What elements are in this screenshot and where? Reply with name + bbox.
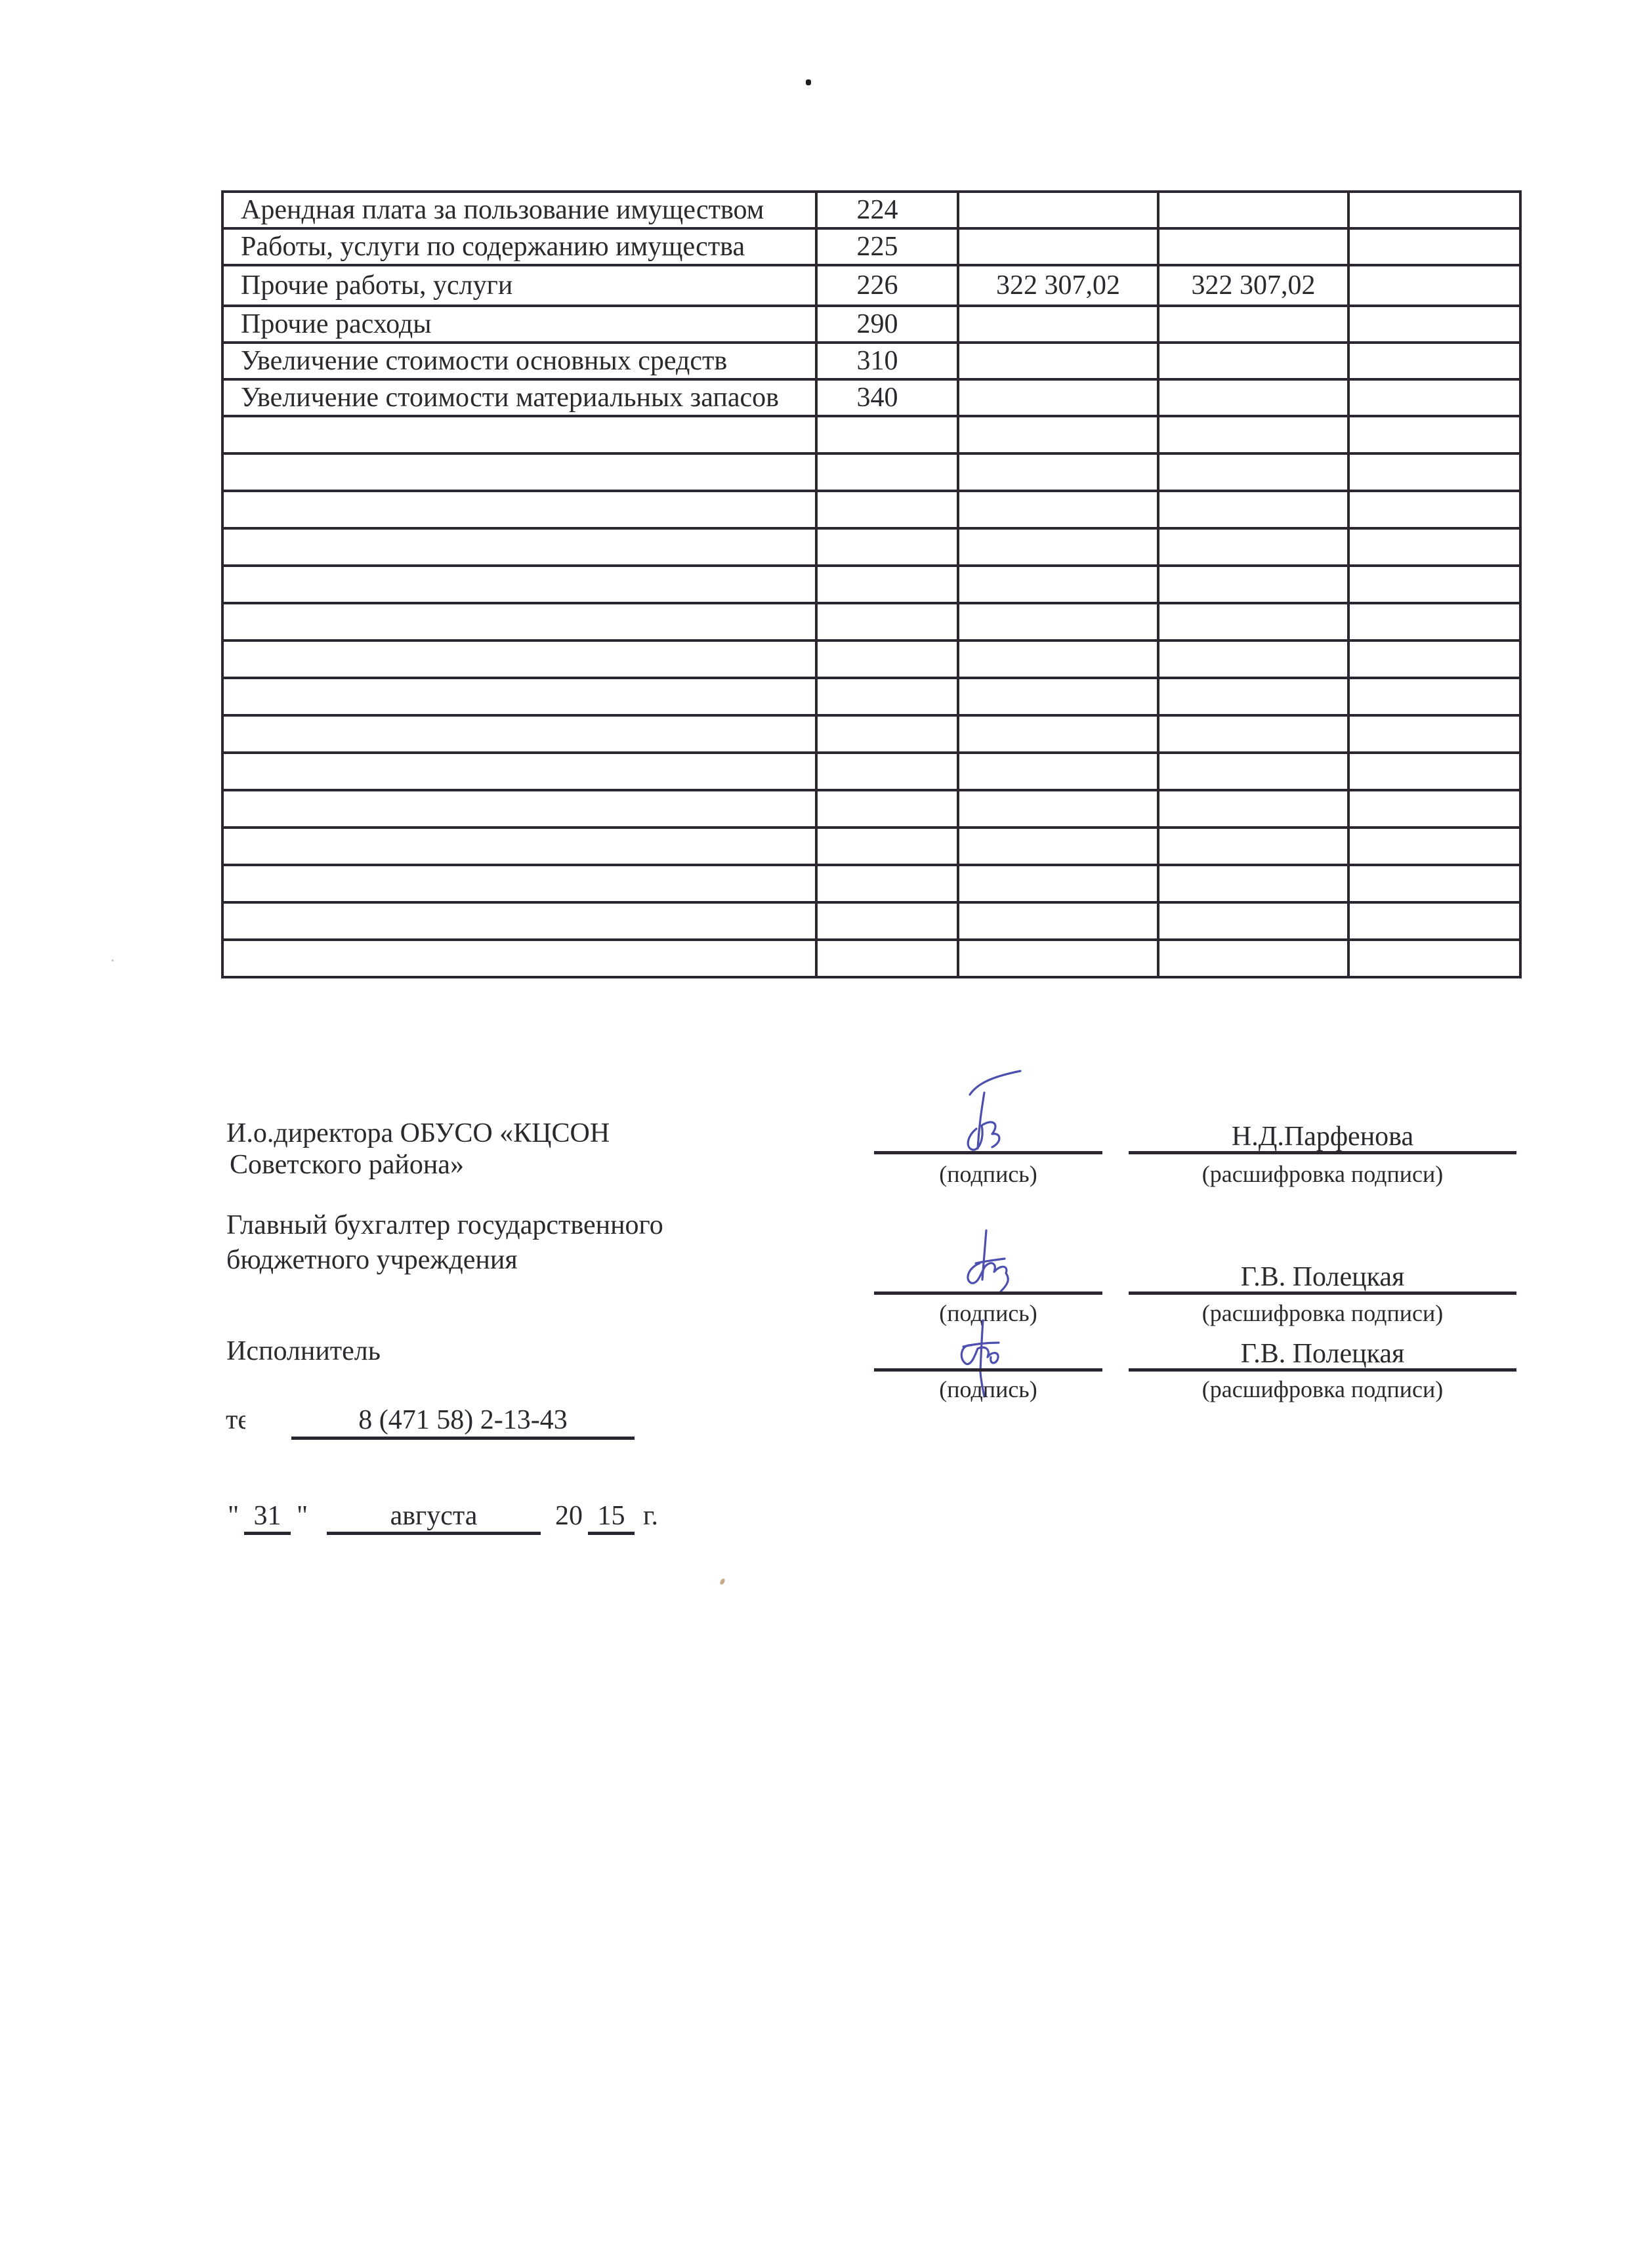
row-code: 226 <box>816 265 958 306</box>
row-col5 <box>1348 228 1520 265</box>
accountant-signature-line <box>874 1291 1102 1295</box>
table-row-empty <box>222 491 1520 528</box>
empty-cell <box>222 566 816 603</box>
empty-cell <box>1158 453 1348 491</box>
table-row-empty <box>222 678 1520 715</box>
empty-cell <box>222 790 816 828</box>
empty-cell <box>958 416 1158 453</box>
table-row-empty <box>222 902 1520 940</box>
date-day: 31 <box>244 1500 291 1532</box>
empty-cell <box>816 865 958 902</box>
empty-cell <box>958 865 1158 902</box>
director-signature-caption: (подпись) <box>874 1160 1102 1188</box>
table-row-empty <box>222 453 1520 491</box>
row-col3 <box>958 379 1158 416</box>
empty-cell <box>816 491 958 528</box>
table-row-empty <box>222 940 1520 977</box>
accountant-name-line <box>1129 1291 1516 1295</box>
empty-cell <box>958 640 1158 678</box>
row-name: Прочие работы, услуги <box>222 265 816 306</box>
row-col5 <box>1348 343 1520 379</box>
empty-cell <box>816 753 958 790</box>
empty-cell <box>1158 603 1348 640</box>
empty-cell <box>1348 528 1520 566</box>
row-col5 <box>1348 265 1520 306</box>
row-col4 <box>1158 343 1348 379</box>
executor-signature-line <box>874 1368 1102 1372</box>
date-year: 15 <box>588 1500 635 1532</box>
table-row-empty <box>222 528 1520 566</box>
empty-cell <box>958 528 1158 566</box>
director-name-line <box>1129 1151 1516 1154</box>
row-name: Прочие расходы <box>222 306 816 343</box>
table-row-empty <box>222 603 1520 640</box>
director-title-line1: И.о.директора ОБУСО «КЦСОН <box>226 1118 610 1149</box>
empty-cell <box>1158 416 1348 453</box>
row-code: 290 <box>816 306 958 343</box>
empty-cell <box>222 828 816 865</box>
empty-cell <box>1348 416 1520 453</box>
empty-cell <box>816 453 958 491</box>
executor-name-line <box>1129 1368 1516 1372</box>
accountant-title-line2: бюджетного учреждения <box>226 1244 518 1276</box>
accountant-name: Г.В. Полецкая <box>1129 1261 1516 1293</box>
empty-cell <box>816 902 958 940</box>
empty-cell <box>1348 678 1520 715</box>
empty-cell <box>222 491 816 528</box>
empty-cell <box>816 566 958 603</box>
table-row-empty <box>222 566 1520 603</box>
row-col3: 322 307,02 <box>958 265 1158 306</box>
empty-cell <box>222 416 816 453</box>
empty-cell <box>958 902 1158 940</box>
empty-cell <box>816 715 958 753</box>
date-suffix: г. <box>643 1500 658 1532</box>
empty-cell <box>1158 828 1348 865</box>
row-col4: 322 307,02 <box>1158 265 1348 306</box>
date-month: августа <box>327 1500 541 1532</box>
empty-cell <box>222 603 816 640</box>
row-col5 <box>1348 192 1520 228</box>
empty-cell <box>1158 753 1348 790</box>
table-row-empty <box>222 790 1520 828</box>
row-code: 310 <box>816 343 958 379</box>
empty-cell <box>958 678 1158 715</box>
empty-cell <box>222 940 816 977</box>
empty-cell <box>958 566 1158 603</box>
table-row: Прочие работы, услуги 226 322 307,02 322… <box>222 265 1520 306</box>
table-row-empty <box>222 416 1520 453</box>
row-col5 <box>1348 379 1520 416</box>
empty-cell <box>1348 566 1520 603</box>
empty-cell <box>958 603 1158 640</box>
row-name: Работы, услуги по содержанию имущества <box>222 228 816 265</box>
accountant-title-line1: Главный бухгалтер государственного <box>226 1209 663 1241</box>
empty-cell <box>1158 678 1348 715</box>
empty-cell <box>816 640 958 678</box>
table-row: Прочие расходы 290 <box>222 306 1520 343</box>
row-col3 <box>958 192 1158 228</box>
accountant-name-caption: (расшифровка подписи) <box>1129 1299 1516 1327</box>
date-century: 20 <box>555 1500 583 1532</box>
table-row-empty <box>222 715 1520 753</box>
empty-cell <box>1158 940 1348 977</box>
table-row-empty <box>222 640 1520 678</box>
empty-cell <box>222 640 816 678</box>
empty-cell <box>1158 566 1348 603</box>
empty-cell <box>1348 453 1520 491</box>
row-code: 225 <box>816 228 958 265</box>
table-row: Арендная плата за пользование имуществом… <box>222 192 1520 228</box>
empty-cell <box>816 603 958 640</box>
empty-cell <box>1348 603 1520 640</box>
empty-cell <box>222 902 816 940</box>
empty-cell <box>1158 790 1348 828</box>
date-open-quote: " <box>228 1500 239 1532</box>
empty-cell <box>958 940 1158 977</box>
empty-cell <box>1158 715 1348 753</box>
row-code: 224 <box>816 192 958 228</box>
scan-speck <box>112 959 114 961</box>
empty-cell <box>958 715 1158 753</box>
empty-cell <box>1158 491 1348 528</box>
empty-cell <box>1348 640 1520 678</box>
empty-cell <box>1158 902 1348 940</box>
empty-cell <box>958 491 1158 528</box>
row-code: 340 <box>816 379 958 416</box>
empty-cell <box>816 416 958 453</box>
empty-cell <box>222 528 816 566</box>
empty-cell <box>816 828 958 865</box>
empty-cell <box>222 453 816 491</box>
row-name: Арендная плата за пользование имуществом <box>222 192 816 228</box>
empty-cell <box>1348 753 1520 790</box>
empty-cell <box>1158 528 1348 566</box>
empty-cell <box>958 828 1158 865</box>
empty-cell <box>1348 940 1520 977</box>
executor-name-caption: (расшифровка подписи) <box>1129 1375 1516 1403</box>
row-col4 <box>1158 228 1348 265</box>
empty-cell <box>1348 865 1520 902</box>
row-col4 <box>1158 192 1348 228</box>
empty-cell <box>958 753 1158 790</box>
row-col3 <box>958 306 1158 343</box>
empty-cell <box>958 790 1158 828</box>
empty-cell <box>222 715 816 753</box>
empty-cell <box>222 865 816 902</box>
empty-cell <box>816 678 958 715</box>
phone-value: 8 (471 58) 2-13-43 <box>291 1404 635 1436</box>
scan-speck <box>719 1578 726 1585</box>
empty-cell <box>1348 828 1520 865</box>
table-row: Работы, услуги по содержанию имущества 2… <box>222 228 1520 265</box>
table-row-empty <box>222 753 1520 790</box>
empty-cell <box>1158 640 1348 678</box>
executor-title: Исполнитель <box>226 1335 381 1367</box>
table-row: Увеличение стоимости основных средств 31… <box>222 343 1520 379</box>
expense-table: Арендная плата за пользование имуществом… <box>221 190 1522 978</box>
table-row: Увеличение стоимости материальных запасо… <box>222 379 1520 416</box>
empty-cell <box>958 453 1158 491</box>
row-col4 <box>1158 306 1348 343</box>
empty-cell <box>1348 715 1520 753</box>
empty-cell <box>1348 491 1520 528</box>
date-day-line <box>244 1532 291 1535</box>
row-name: Увеличение стоимости материальных запасо… <box>222 379 816 416</box>
row-name: Увеличение стоимости основных средств <box>222 343 816 379</box>
date-close-quote: " <box>297 1500 308 1532</box>
executor-name: Г.В. Полецкая <box>1129 1338 1516 1370</box>
row-col3 <box>958 228 1158 265</box>
row-col5 <box>1348 306 1520 343</box>
director-signature-line <box>874 1151 1102 1154</box>
empty-cell <box>1348 790 1520 828</box>
empty-cell <box>816 790 958 828</box>
row-col4 <box>1158 379 1348 416</box>
row-col3 <box>958 343 1158 379</box>
director-name: Н.Д.Парфенова <box>1129 1121 1516 1152</box>
stray-dot <box>806 79 811 85</box>
director-name-caption: (расшифровка подписи) <box>1129 1160 1516 1188</box>
empty-cell <box>1158 865 1348 902</box>
table-row-empty <box>222 865 1520 902</box>
director-title-line2: Советского района» <box>230 1149 464 1181</box>
empty-cell <box>816 940 958 977</box>
accountant-signature-icon <box>961 1227 1033 1293</box>
empty-cell <box>222 753 816 790</box>
empty-cell <box>816 528 958 566</box>
date-month-line <box>327 1532 541 1535</box>
director-signature-icon <box>965 1070 1030 1152</box>
table-row-empty <box>222 828 1520 865</box>
empty-cell <box>222 678 816 715</box>
executor-signature-caption: (подпись) <box>874 1375 1102 1403</box>
empty-cell <box>1348 902 1520 940</box>
date-year-line <box>588 1532 635 1535</box>
phone-line <box>291 1437 635 1440</box>
phone-label: те <box>226 1404 245 1436</box>
